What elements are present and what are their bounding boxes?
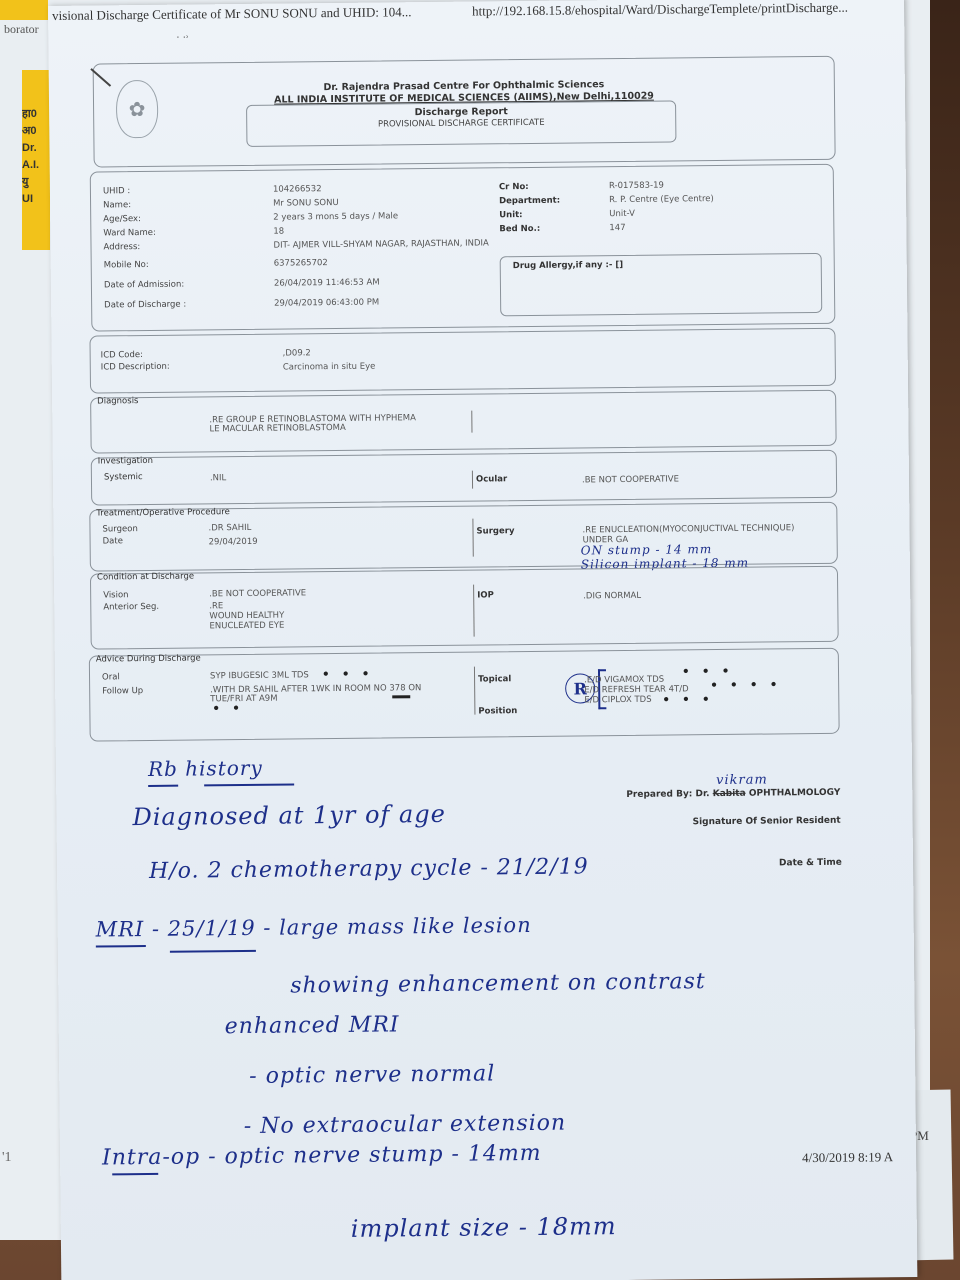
age-sex-label: Age/Sex:: [103, 214, 141, 224]
name-value: Mr SONU SONU: [273, 198, 339, 209]
column-divider: [473, 585, 475, 637]
surgery-line: .RE ENUCLEATION(MYOCONJUCTIVAL TECHNIQUE…: [582, 523, 794, 535]
discharge-document: visional Discharge Certificate of Mr SON…: [48, 0, 917, 1280]
oral-value: SYP IBUGESIC 3ML TDS: [210, 670, 309, 681]
discharge-value: 29/04/2019 06:43:00 PM: [274, 298, 379, 309]
handwritten-note: enhanced MRI: [225, 1012, 400, 1039]
iop-label: IOP: [477, 590, 494, 600]
yellow-tag-line: अ0: [22, 123, 50, 140]
yellow-tag-line: Dr.: [22, 140, 50, 157]
yellow-tag: हा0 अ0 Dr. A.I. यु UI: [22, 70, 50, 250]
handwritten-note: Diagnosed at 1yr of age: [132, 800, 446, 831]
icd-description-label: ICD Description:: [101, 362, 170, 373]
handwriting-underline: [204, 783, 294, 785]
prepared-by-prefix: Prepared By: Dr.: [626, 789, 709, 800]
handwriting-underline: [170, 950, 256, 952]
struck-doctor-name: Kabita: [713, 789, 746, 799]
ward-value: 18: [273, 227, 284, 237]
print-url: http://192.168.15.8/ehospital/Ward/Disch…: [472, 0, 848, 20]
ocular-value: .BE NOT COOPERATIVE: [582, 474, 679, 485]
oral-label: Oral: [102, 672, 120, 682]
handwriting-underline: [148, 785, 178, 787]
print-page-title: visional Discharge Certificate of Mr SON…: [52, 4, 412, 24]
icd-code-value: ,D09.2: [283, 348, 311, 358]
drug-allergy-box: Drug Allergy,if any :- []: [500, 253, 823, 316]
surgery-label: Surgery: [476, 526, 514, 536]
anterior-seg-label: Anterior Seg.: [103, 602, 159, 613]
diagnosis-title: Diagnosis: [97, 396, 138, 406]
handwritten-doctor-name: vikram: [716, 773, 768, 789]
discharge-label: Date of Discharge :: [104, 300, 186, 311]
handwritten-stump-note: ON stump - 14 mm: [581, 542, 713, 557]
handwritten-note: MRI - 25/1/19 - large mass like lesion: [96, 913, 532, 942]
diagnosis-section: Diagnosis .RE GROUP E RETINOBLASTOMA WIT…: [90, 390, 837, 454]
handwriting-underline: [112, 1173, 158, 1175]
institute-header: ✿ Dr. Rajendra Prasad Centre For Ophthal…: [93, 56, 836, 168]
dot-marks: • • • •: [710, 677, 781, 692]
drug-allergy-label: Drug Allergy,if any :- []: [513, 260, 624, 271]
position-label: Position: [478, 706, 517, 716]
department-value: R. P. Centre (Eye Centre): [609, 194, 714, 205]
iop-value: .DIG NORMAL: [583, 591, 641, 602]
unit-label: Unit:: [499, 210, 522, 220]
column-divider: [474, 667, 476, 715]
bed-label: Bed No.:: [499, 224, 540, 234]
print-timestamp: 4/30/2019 8:19 A: [802, 1149, 893, 1166]
admission-value: 26/04/2019 11:46:53 AM: [274, 278, 380, 289]
patient-details: UHID : 104266532 Name: Mr SONU SONU Age/…: [90, 164, 836, 332]
date-time-label: Date & Time: [779, 858, 842, 869]
ward-label: Ward Name:: [103, 228, 156, 239]
uhid-value: 104266532: [273, 184, 322, 195]
surgeon-value: .DR SAHIL: [208, 523, 251, 533]
prepared-by-department: OPHTHALMOLOGY: [749, 788, 841, 799]
department-label: Department:: [499, 196, 560, 207]
anterior-seg-line: ENUCLEATED EYE: [209, 621, 284, 632]
treatment-title: Treatment/Operative Procedure: [96, 507, 230, 518]
surgery-date-value: 29/04/2019: [209, 537, 258, 548]
name-label: Name:: [103, 200, 131, 210]
advice-section: Advice During Discharge Oral SYP IBUGESI…: [89, 648, 840, 742]
dot-marks: • • •: [662, 692, 714, 707]
systemic-value: .NIL: [210, 473, 226, 483]
yellow-tag-line: A.I.: [22, 157, 50, 174]
handwritten-note: Intra-op - optic nerve stump - 14mm: [102, 1141, 542, 1171]
yellow-tag-line: हा0: [22, 106, 50, 123]
investigation-section: Investigation Systemic .NIL Ocular .BE N…: [91, 450, 837, 506]
column-divider: [472, 519, 473, 557]
age-sex-value: 2 years 3 mons 5 days / Male: [273, 211, 398, 222]
handwriting-underline: [96, 945, 146, 947]
background-mark: '1: [2, 1150, 12, 1166]
topical-label: Topical: [478, 674, 511, 684]
uhid-label: UHID :: [103, 186, 130, 196]
icd-description-value: Carcinoma in situ Eye: [283, 362, 376, 373]
dot-marks: • •: [212, 701, 244, 715]
handwritten-note: showing enhancement on contrast: [290, 969, 706, 998]
report-title-box: Discharge Report PROVISIONAL DISCHARGE C…: [246, 100, 676, 147]
crno-label: Cr No:: [499, 182, 529, 192]
handwritten-note: - optic nerve normal: [249, 1061, 495, 1089]
handwritten-note: H/o. 2 chemotherapy cycle - 21/2/19: [149, 854, 589, 884]
diagnosis-line: LE MACULAR RETINOBLASTOMA: [209, 423, 345, 434]
signature-label: Signature Of Senior Resident: [693, 816, 841, 828]
condition-title: Condition at Discharge: [97, 572, 194, 583]
prepared-by: Prepared By: Dr. Kabita OPHTHALMOLOGY: [626, 788, 840, 800]
address-value: DIT- AJMER VILL-SHYAM NAGAR, RAJASTHAN, …: [273, 238, 488, 250]
handwritten-note: Rb history: [148, 756, 263, 781]
ocular-label: Ocular: [476, 474, 507, 484]
yellow-tag-line: यु: [22, 174, 50, 191]
icd-section: ICD Code: ,D09.2 ICD Description: Carcin…: [89, 328, 836, 394]
follow-up-label: Follow Up: [102, 686, 143, 696]
surgeon-label: Surgeon: [102, 524, 137, 534]
admission-label: Date of Admission:: [104, 280, 184, 291]
anterior-seg-line: .RE: [209, 601, 223, 611]
handwritten-note: - No extraocular extension: [244, 1111, 567, 1139]
pen-underline: [392, 695, 410, 698]
yellow-tag-top: [0, 0, 48, 20]
column-divider: [472, 471, 473, 489]
advice-title: Advice During Discharge: [96, 653, 201, 664]
topical-line: E/D CIPLOX TDS: [584, 695, 651, 706]
unit-value: Unit-V: [609, 209, 635, 219]
dot-marks: • • •: [322, 667, 374, 682]
condition-section: Condition at Discharge Vision .BE NOT CO…: [90, 566, 839, 650]
column-divider: [471, 411, 472, 433]
address-label: Address:: [103, 242, 140, 252]
systemic-label: Systemic: [104, 472, 143, 482]
treatment-section: Treatment/Operative Procedure Surgeon .D…: [89, 502, 838, 572]
bed-value: 147: [609, 223, 625, 233]
dot-marks: • • •: [682, 664, 734, 679]
crno-value: R-017583-19: [609, 181, 664, 192]
yellow-tag-line: UI: [22, 191, 50, 208]
vision-label: Vision: [103, 590, 128, 600]
vision-value: .BE NOT COOPERATIVE: [209, 588, 306, 599]
stray-marks: · ·˒: [176, 33, 189, 44]
mobile-label: Mobile No:: [104, 260, 149, 270]
icd-code-label: ICD Code:: [101, 350, 143, 360]
mobile-value: 6375265702: [274, 258, 328, 269]
handwritten-note: implant size - 18mm: [351, 1212, 617, 1243]
surgery-date-label: Date: [103, 536, 123, 546]
background-sheet-text: borator: [4, 22, 39, 37]
investigation-title: Investigation: [98, 456, 153, 467]
